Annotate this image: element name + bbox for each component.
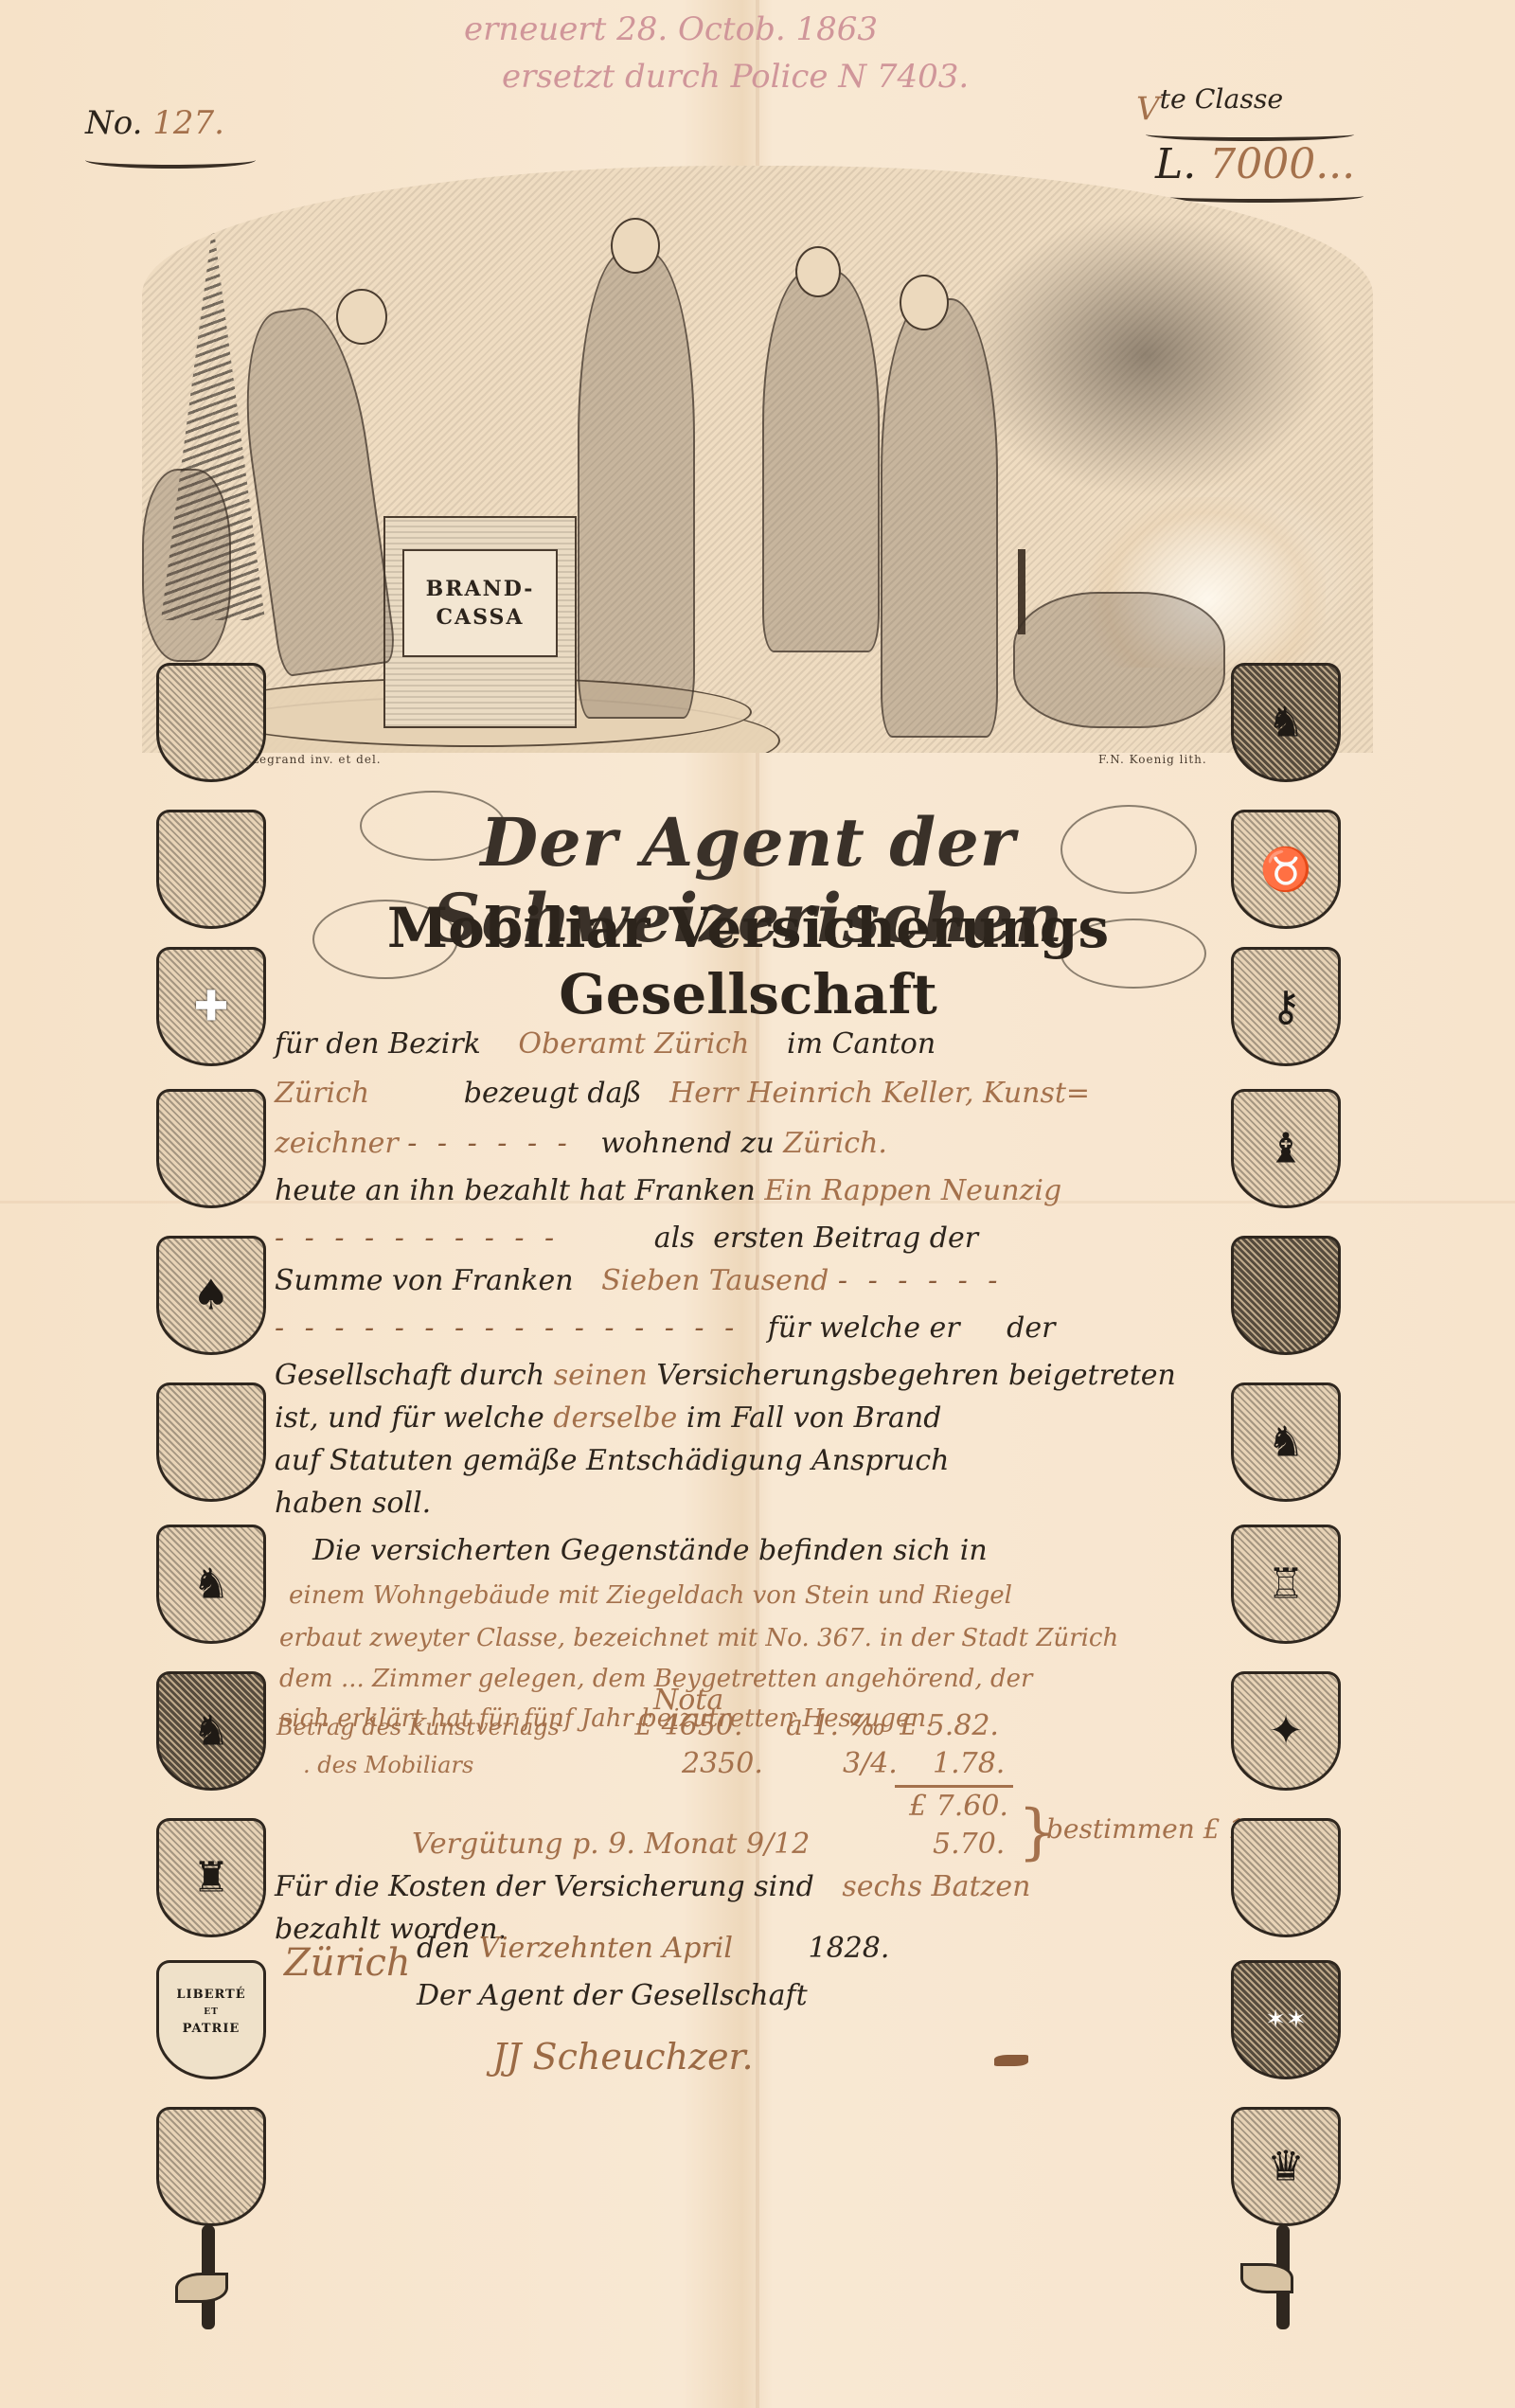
right-heraldic-border: ♞ ♉ ⚷ ♝ ♞ ♖ ✦ ✶✶ ♛ xyxy=(1231,663,1335,2386)
nota-row-1-label: Betrag des Kunstverlags xyxy=(276,1714,560,1740)
cross-shield-icon: ✚ xyxy=(156,947,266,1066)
shield-icon xyxy=(1231,1818,1341,1937)
policy-amount: L. 7000... xyxy=(1155,140,1355,188)
key-shield-icon: ⚷ xyxy=(1231,947,1341,1066)
body-line-9: ist, und für welche derselbe im Fall von… xyxy=(275,1401,1240,1435)
goods-line-2: einem Wohngebäude mit Ziegeldach von Ste… xyxy=(289,1581,1255,1610)
leaf-ornament xyxy=(1240,2263,1293,2293)
printed-text: für den Bezirk xyxy=(275,1027,481,1061)
nota-row-2-base: 2350. xyxy=(682,1747,763,1780)
weeping-woman-head xyxy=(795,246,841,297)
annotation-line-2: ersetzt durch Police N 7403. xyxy=(464,53,1051,100)
agent-signature: JJ Scheuchzer. xyxy=(492,2036,754,2078)
fleeing-children-figures xyxy=(1013,592,1225,728)
printed-text: auf Statuten gemäße Entschädigung Anspru… xyxy=(275,1444,949,1477)
motto-line-2: ET xyxy=(159,2007,263,2018)
handwritten-text: als xyxy=(654,1222,695,1255)
printed-text: im Fall von Brand xyxy=(686,1401,942,1435)
handwritten-text: derselbe xyxy=(553,1401,677,1435)
nota-row-2-rate: 3/4. xyxy=(843,1747,898,1780)
bull-shield-icon: ♉ xyxy=(1231,810,1341,929)
policy-class: Vte Classe xyxy=(1136,83,1283,128)
printed-text: im Canton xyxy=(787,1027,936,1061)
handwritten-occupation: zeichner xyxy=(275,1127,399,1160)
shield-icon xyxy=(156,810,266,929)
printed-text: wohnend zu xyxy=(600,1127,774,1160)
body-line-7: - - - - - - - - - - - - - - - - für welc… xyxy=(275,1311,1240,1345)
body-line-6: Summe von Franken Sieben Tausend - - - -… xyxy=(275,1264,1240,1297)
printed-text: ersten Beitrag der xyxy=(713,1222,978,1255)
pointing-man-figure xyxy=(881,298,998,738)
lion-shield-icon: ♜ xyxy=(156,1818,266,1937)
allegorical-woman-head xyxy=(611,218,660,274)
body-line-1: für den Bezirk Oberamt Zürich im Canton xyxy=(275,1027,1240,1061)
date-prefix: den xyxy=(417,1932,470,1965)
nota-reduction-amount: 5.70. xyxy=(933,1828,1005,1861)
lion-shield-icon: ♞ xyxy=(1231,1382,1341,1502)
nota-sum-line xyxy=(895,1785,1013,1788)
left-heraldic-border: ✚ ♠ ♞ ♞ ♜ LIBERTÉ ET PATRIE xyxy=(156,663,260,2386)
nota-subtotal: £ 7.60. xyxy=(909,1790,1008,1823)
handwritten-cost: sechs Batzen xyxy=(842,1870,1030,1903)
printed-text: Versicherungsbegehren beigetreten xyxy=(656,1359,1175,1392)
body-line-5: - - - - - - - - - - als ersten Beitrag d… xyxy=(275,1222,1240,1255)
crozier-shield-icon: ♠ xyxy=(156,1236,266,1355)
body-line-10: auf Statuten gemäße Entschädigung Anspru… xyxy=(275,1444,1240,1477)
handwritten-canton: Zürich xyxy=(275,1077,369,1110)
date-year: 1828. xyxy=(808,1932,889,1965)
star-shield-icon: ✦ xyxy=(1231,1671,1341,1791)
shield-icon xyxy=(156,2107,266,2226)
allegorical-engraving: BRAND- CASSA xyxy=(142,166,1373,753)
shield-icon xyxy=(1231,1236,1341,1355)
date-line: den Vierzehnten April 1828. xyxy=(417,1932,889,1965)
closing-line-1: Für die Kosten der Versicherung sind sec… xyxy=(275,1870,1240,1903)
red-annotation: erneuert 28. Octob. 1863 ersetzt durch P… xyxy=(464,6,1051,100)
body-line-11: haben soll. xyxy=(275,1487,1240,1520)
allegorical-woman-figure xyxy=(578,251,695,719)
handwritten-residence: Zürich. xyxy=(783,1127,887,1160)
class-suffix: te Classe xyxy=(1160,83,1284,115)
class-flourish xyxy=(1146,128,1354,141)
leaf-ornament xyxy=(175,2273,228,2303)
place-zurich: Zürich xyxy=(284,1941,411,1985)
amount-prefix: L. xyxy=(1155,140,1196,188)
nota-row-1-amount: £ 5.82. xyxy=(900,1709,999,1742)
printed-text: Gesellschaft durch xyxy=(275,1359,544,1392)
body-line-2: Zürich bezeugt daß Herr Heinrich Keller,… xyxy=(275,1077,1240,1110)
printed-text: für welche er xyxy=(768,1311,960,1345)
plaque-line-2: CASSA xyxy=(437,603,525,632)
number-prefix: No. xyxy=(85,104,142,142)
printed-text: bezeugt daß xyxy=(464,1077,642,1110)
heading-line-2: Mobiliar Versicherungs Gesellschaft xyxy=(294,895,1203,1027)
nota-row-2-label: . des Mobiliars xyxy=(303,1752,473,1778)
body-line-8: Gesellschaft durch seinen Versicherungsb… xyxy=(275,1359,1240,1392)
nota-row-2-amount: 1.78. xyxy=(933,1747,1005,1780)
nota-reduction-label: Vergütung p. 9. Monat 9/12 xyxy=(412,1828,810,1861)
date-written: Vierzehnten April xyxy=(479,1932,733,1965)
nota-row-1-rate: à 1. ‰ xyxy=(786,1709,886,1742)
man-head xyxy=(336,289,387,345)
shield-icon xyxy=(156,1382,266,1502)
handwritten-insured-name: Herr Heinrich Keller, Kunst= xyxy=(669,1077,1090,1110)
motto-shield: LIBERTÉ ET PATRIE xyxy=(156,1960,266,2079)
handwritten-sum-insured: Sieben Tausend xyxy=(601,1264,829,1297)
handwritten-district: Oberamt Zürich xyxy=(518,1027,749,1061)
stars-shield-icon: ✶✶ xyxy=(1231,1960,1341,2079)
eagle-shield-icon: ♛ xyxy=(1231,2107,1341,2226)
shield-icon: ♖ xyxy=(1231,1525,1341,1644)
agent-line: Der Agent der Gesellschaft xyxy=(417,1979,808,2012)
lithographer-credit: F.N. Koenig lith. xyxy=(1098,753,1207,766)
pointing-man-head xyxy=(900,275,949,330)
bear-shield-icon: ♞ xyxy=(156,1671,266,1791)
motto-line-1: LIBERTÉ xyxy=(176,1988,245,2002)
printed-text: ist, und für welche xyxy=(275,1401,544,1435)
class-numeral: V xyxy=(1136,90,1160,128)
printed-text: heute an ihn bezahlt hat Franken xyxy=(275,1174,756,1207)
goods-line-4: dem ... Zimmer gelegen, dem Beygetretten… xyxy=(279,1665,1245,1693)
printed-text: der xyxy=(1007,1311,1055,1345)
body-line-3: zeichner - - - - - - wohnend zu Zürich. xyxy=(275,1127,1240,1160)
shield-icon xyxy=(156,1089,266,1208)
number-flourish xyxy=(85,152,256,169)
dotted-filler: - - - - - - xyxy=(838,1264,1004,1297)
man-with-coins-figure xyxy=(231,301,398,678)
body-line-4: heute an ihn bezahlt hat Franken Ein Rap… xyxy=(275,1174,1240,1207)
nota-row-1-base: £ 4650. xyxy=(634,1709,743,1742)
figure-shield-icon: ♝ xyxy=(1231,1089,1341,1208)
children-group-left xyxy=(142,469,231,662)
dotted-filler: - - - - - - - - - - - - - - - - xyxy=(275,1311,740,1345)
annotation-line-1: erneuert 28. Octob. 1863 xyxy=(464,6,1051,53)
policy-number: No. 127. xyxy=(85,104,224,142)
brand-cassa-plaque: BRAND- CASSA xyxy=(402,549,558,657)
weeping-woman-figure xyxy=(762,270,880,652)
goods-line-1: Die versicherten Gegenstände befinden si… xyxy=(312,1534,1278,1567)
dotted-filler: - - - - - - xyxy=(407,1127,573,1160)
motto-line-3: PATRIE xyxy=(183,2022,241,2036)
plaque-line-1: BRAND- xyxy=(426,575,535,603)
artist-credit: Legrand inv. et del. xyxy=(251,753,382,766)
printed-text: haben soll. xyxy=(275,1487,431,1520)
dotted-filler: - - - - - - - - - - xyxy=(275,1222,560,1255)
bear-shield-icon: ♞ xyxy=(156,1525,266,1644)
ink-blot xyxy=(994,2055,1028,2066)
goods-line-3: erbaut zweyter Classe, bezeichnet mit No… xyxy=(279,1624,1245,1652)
printed-text: Für die Kosten der Versicherung sind xyxy=(275,1870,814,1903)
printed-text: Summe von Franken xyxy=(275,1264,574,1297)
amount-value: 7000... xyxy=(1209,140,1355,188)
handwritten-text: seinen xyxy=(554,1359,648,1392)
handwritten-paid-amount: Ein Rappen Neunzig xyxy=(764,1174,1061,1207)
number-value: 127. xyxy=(152,104,224,142)
lion-shield-icon: ♞ xyxy=(1231,663,1341,782)
shield-icon xyxy=(156,663,266,782)
